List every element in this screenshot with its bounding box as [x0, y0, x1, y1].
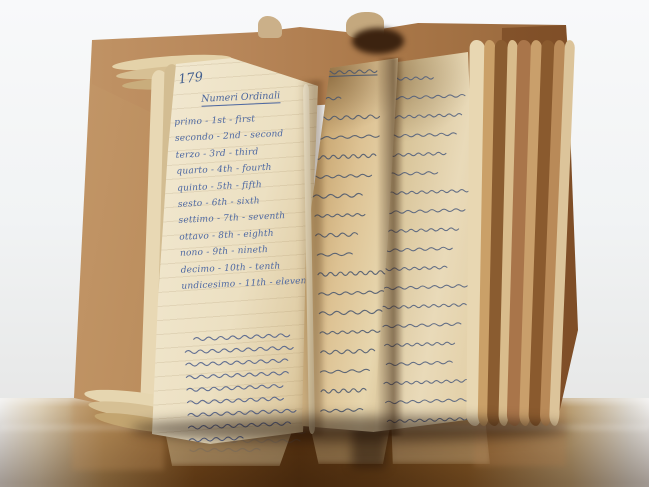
- page-number: 179: [178, 70, 204, 88]
- handwriting-line: [186, 371, 288, 379]
- handwriting-line: [185, 346, 293, 354]
- handwriting-line: [321, 408, 363, 412]
- handwriting-line: [327, 75, 377, 77]
- handwriting-line: [188, 409, 296, 417]
- left-page: 179 Numeri Ordinali primo - 1st - first …: [150, 55, 320, 447]
- handwriting-line: [187, 384, 283, 391]
- handwriting-line: [187, 397, 283, 404]
- handwriting-line: [319, 310, 382, 316]
- ordinal-list: primo - 1st - first secondo - 2nd - seco…: [174, 109, 316, 295]
- handwriting-line: [190, 449, 260, 452]
- handwriting-line: [327, 69, 377, 74]
- handwriting-line: [320, 369, 369, 373]
- gutter-shadow-left: [298, 80, 324, 436]
- page-heading: Numeri Ordinali: [201, 90, 280, 106]
- gutter-shadow-center: [378, 58, 404, 436]
- torn-spine-gap: [352, 28, 404, 54]
- handwriting-line: [321, 388, 366, 393]
- handwriting-line: [194, 333, 290, 340]
- book-contact-shadow: [130, 416, 570, 442]
- handwriting-line: [321, 349, 375, 354]
- photo-scene: 179 Numeri Ordinali primo - 1st - first …: [0, 0, 649, 487]
- page-stack-right: [468, 40, 572, 432]
- handwriting-line: [186, 359, 288, 367]
- handwriting-line: [320, 330, 380, 335]
